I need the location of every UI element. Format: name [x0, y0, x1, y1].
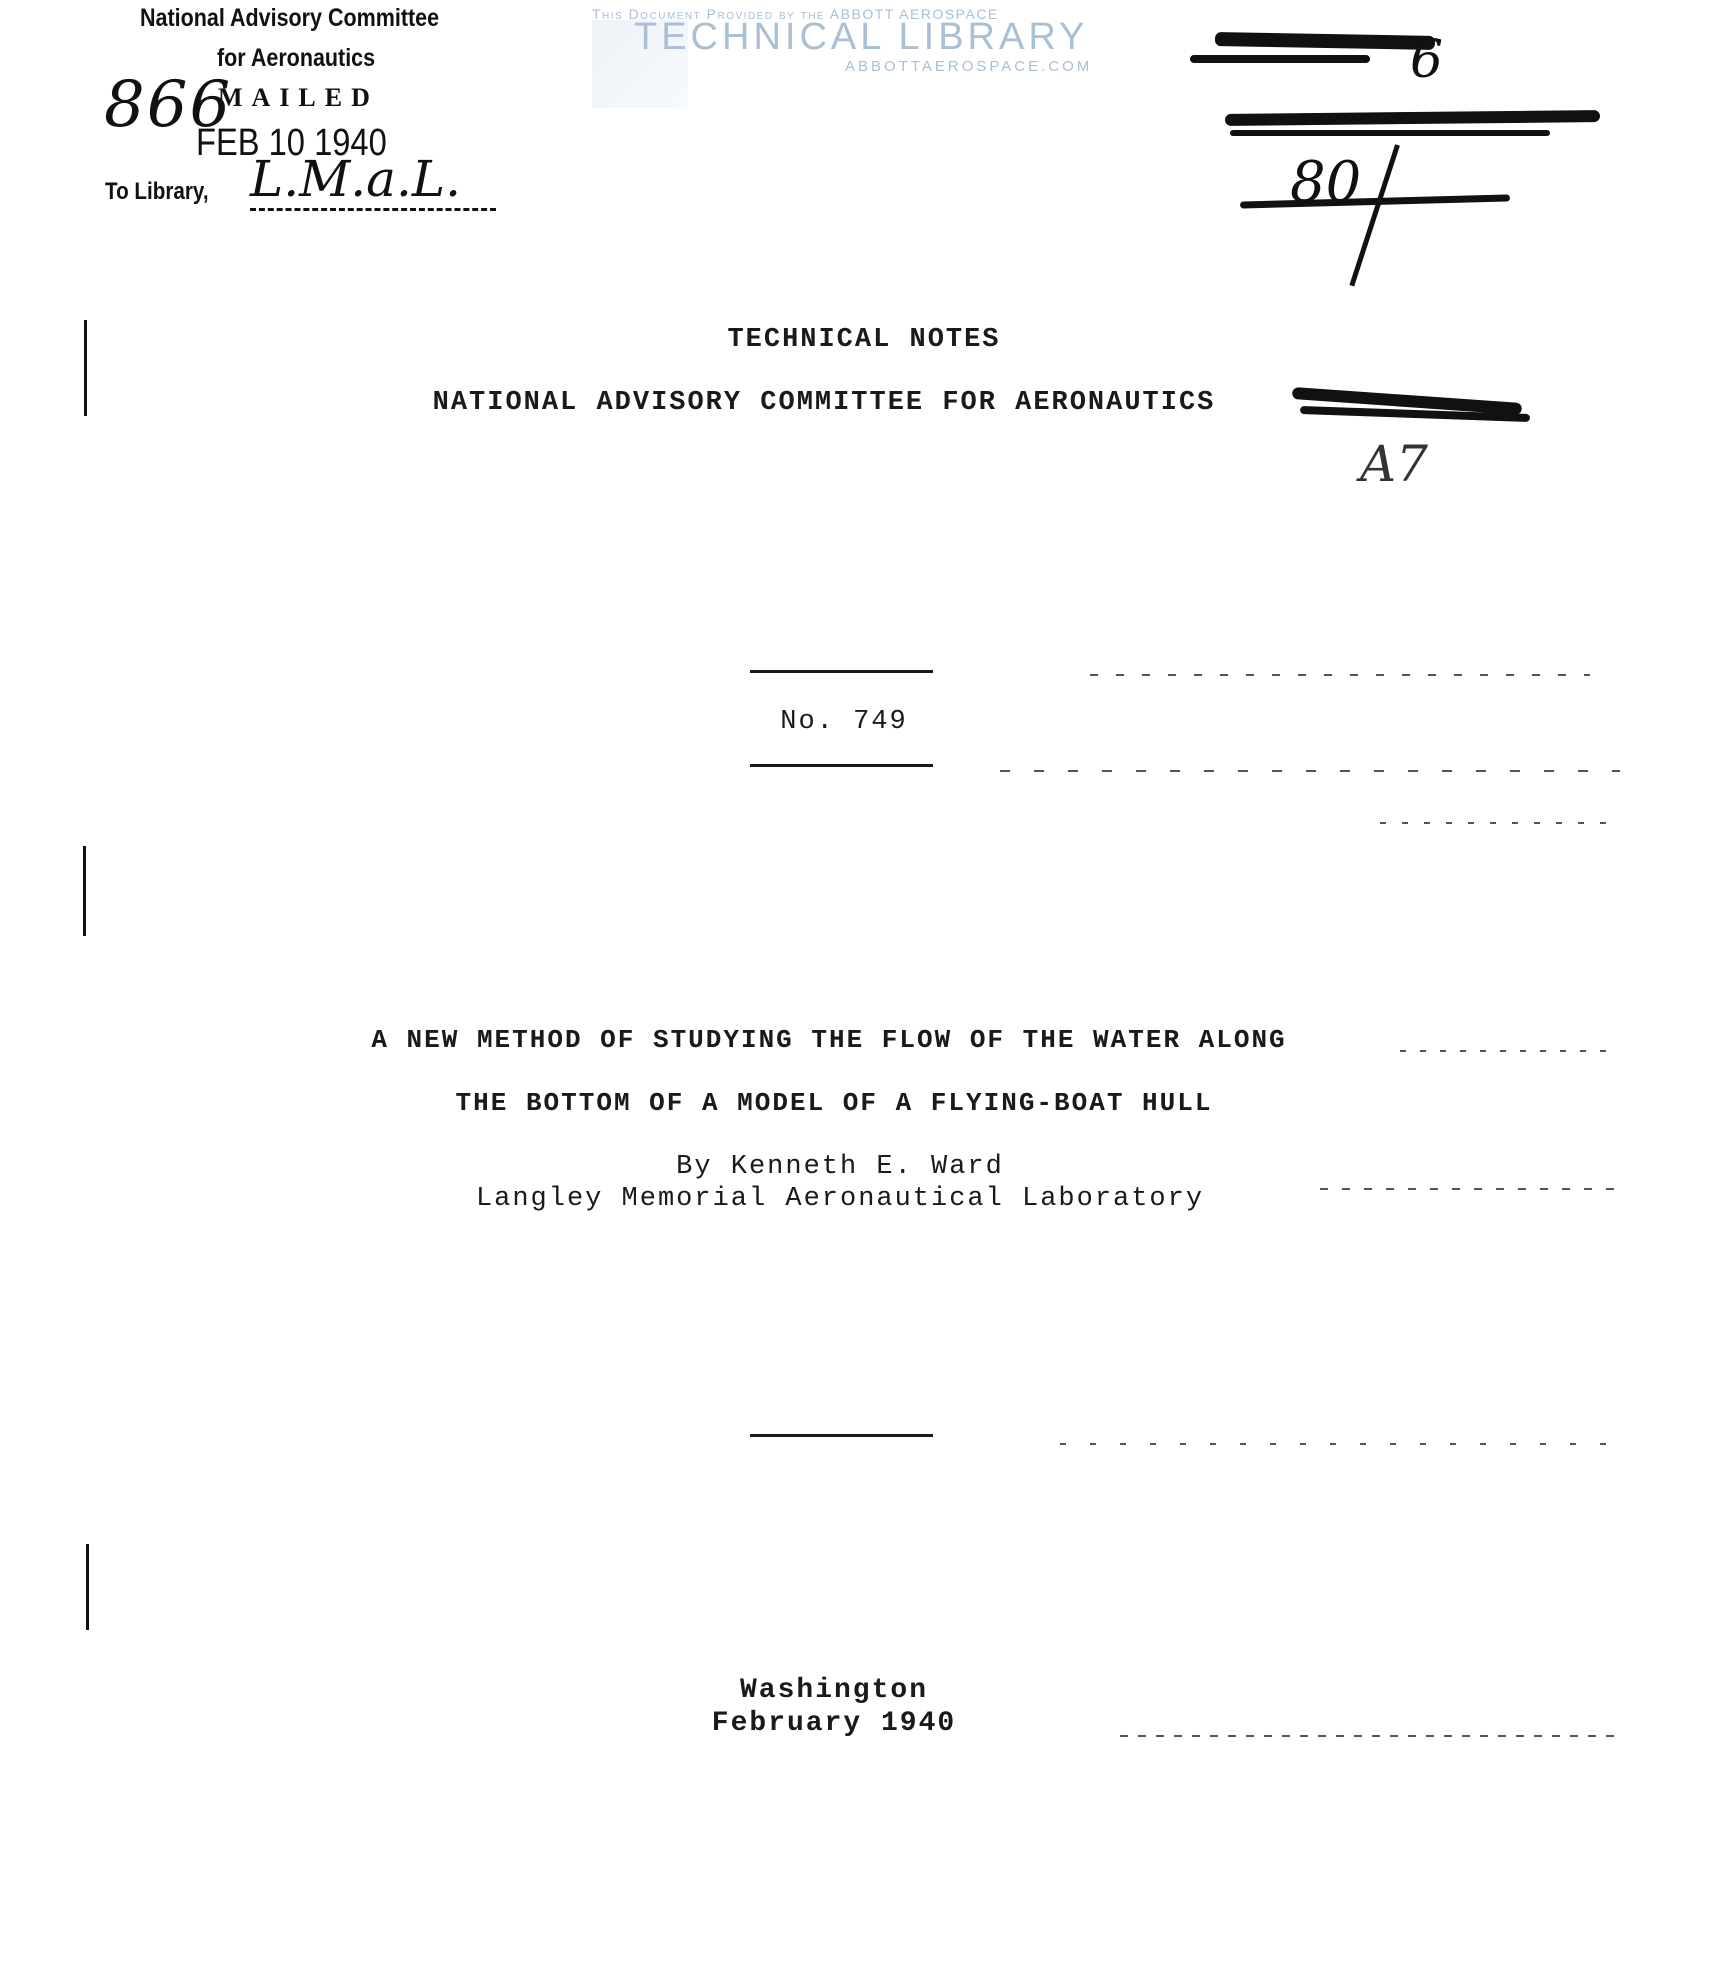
rule-lower — [750, 1434, 933, 1437]
strike-line-1 — [1215, 32, 1435, 50]
stamp-to-library: To Library, — [105, 178, 209, 206]
speck — [1090, 674, 1590, 676]
speck — [1400, 1050, 1620, 1052]
stamp-aeronautics-line: for Aeronautics — [217, 44, 375, 73]
speck — [1120, 1735, 1620, 1737]
strike-line-4 — [1230, 130, 1550, 136]
speck — [1000, 770, 1620, 772]
margin-mark-2 — [83, 846, 86, 936]
strike-line-2 — [1190, 55, 1370, 63]
publication-place: Washington — [0, 1675, 1698, 1706]
handwritten-number: 866 — [104, 68, 232, 142]
note-number: No. 749 — [0, 707, 1708, 737]
series-heading: TECHNICAL NOTES — [0, 325, 1728, 355]
rule-below-number — [750, 764, 933, 767]
stamp-committee-line: National Advisory Committee — [140, 4, 439, 33]
author-byline: By Kenneth E. Ward — [0, 1152, 1704, 1182]
watermark-site: ABBOTTAEROSPACE.COM — [845, 58, 1092, 75]
organization-heading: NATIONAL ADVISORY COMMITTEE FOR AERONAUT… — [0, 388, 1688, 418]
handwritten-mark-loop: A7 — [1360, 435, 1428, 493]
margin-mark-3 — [86, 1544, 89, 1630]
watermark-library: TECHNICAL LIBRARY — [634, 16, 1088, 59]
signature-underline — [250, 208, 496, 211]
speck — [1380, 822, 1620, 824]
speck — [1320, 1188, 1620, 1190]
handwritten-mark-6: 6 — [1410, 30, 1443, 90]
speck — [1060, 1443, 1620, 1445]
strike-line-3 — [1225, 110, 1600, 126]
handwritten-initials: L.M.a.L. — [250, 150, 461, 208]
stamp-mailed-label: MAILED — [218, 83, 379, 113]
title-line-2: THE BOTTOM OF A MODEL OF A FLYING-BOAT H… — [0, 1088, 1698, 1118]
rule-above-number — [750, 670, 933, 673]
